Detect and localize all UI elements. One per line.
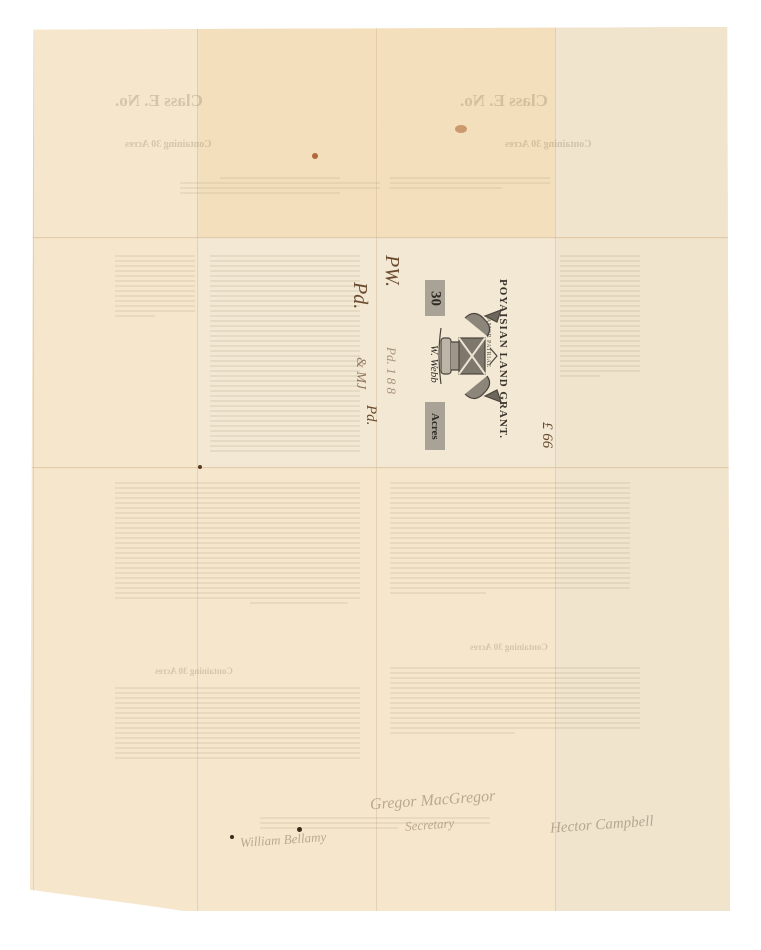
foxing-spot — [455, 125, 467, 133]
handwritten-note: W. Webb — [428, 345, 440, 383]
bleed-heading-mid-right: Containing 30 Acres — [470, 642, 548, 652]
signature: William Bellamy — [240, 829, 327, 851]
coat-of-arms-icon — [435, 308, 505, 404]
signature: Secretary — [405, 815, 455, 834]
bleed-text-block — [390, 482, 630, 597]
foxing-spot — [230, 835, 234, 839]
handwritten-note: & MJ — [352, 357, 368, 389]
bleed-text-block — [115, 255, 195, 320]
bleed-text-block — [115, 687, 360, 762]
bleed-text-block — [115, 482, 360, 607]
acres-label: Acres — [425, 402, 445, 450]
bleed-text-block — [390, 177, 550, 192]
fold-line-vertical-1 — [197, 27, 199, 911]
handwritten-note: Pd. 1 8 8 — [383, 347, 399, 394]
fold-line-vertical-3 — [555, 27, 557, 911]
bleed-heading-top-right: Class E. No. — [460, 91, 548, 111]
handwritten-note: £ 66 — [538, 422, 555, 448]
bleed-text-block — [180, 177, 380, 197]
foxing-spot — [312, 153, 318, 159]
right-panel — [555, 27, 730, 911]
foxing-spot — [198, 465, 202, 469]
handwritten-note: Pd. — [362, 405, 379, 425]
document-paper: Class E. No. Class E. No. Containing 30 … — [30, 27, 730, 911]
bleed-text-block — [560, 255, 640, 380]
bleed-sub-top-right: Containing 30 Acres — [505, 139, 592, 150]
bleed-sub-top-left: Containing 30 Acres — [125, 139, 212, 150]
bleed-heading-mid-left: Containing 30 Acres — [155, 666, 233, 676]
fold-line-horizontal-2 — [30, 467, 730, 469]
bleed-heading-top-left: Class E. No. — [115, 91, 203, 111]
fold-line-left-edge — [33, 27, 35, 911]
bleed-text-block — [390, 667, 640, 737]
fold-line-horizontal-1 — [30, 237, 730, 239]
signature: Gregor MacGregor — [370, 788, 496, 815]
bleed-text-block — [210, 255, 360, 455]
handwritten-note: PW. — [380, 255, 403, 287]
land-grant-vignette: 30 Acres POYAISIAN LAND GRANT. AMOR PATR… — [385, 250, 550, 465]
handwritten-note: Pd. — [348, 282, 371, 309]
fold-line-vertical-2 — [376, 27, 378, 911]
bleed-text-block — [260, 817, 490, 832]
